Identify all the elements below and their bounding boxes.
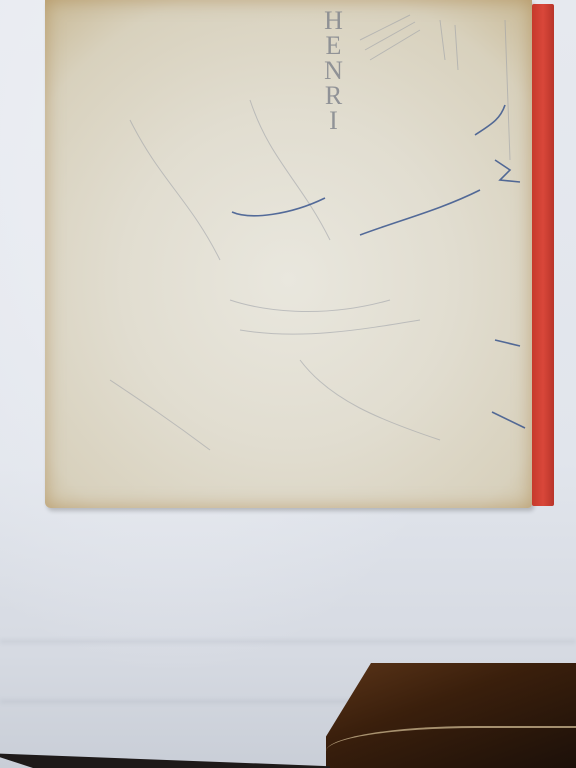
scribble-marks — [0, 0, 576, 768]
